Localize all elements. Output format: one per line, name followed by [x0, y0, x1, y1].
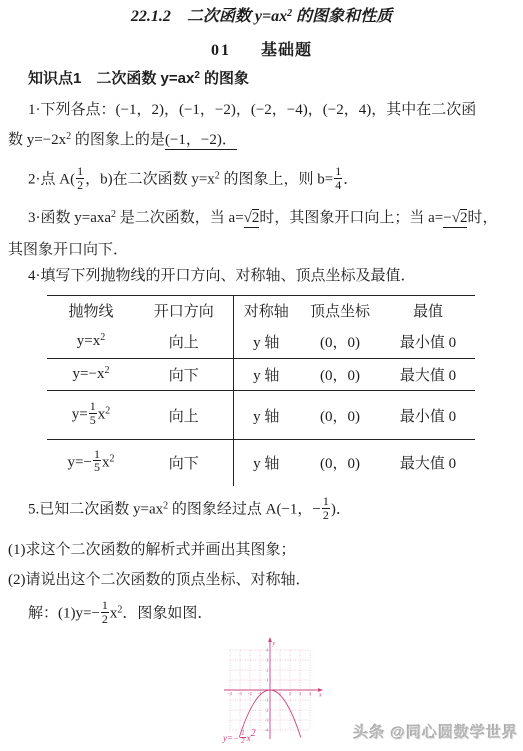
section-number: 01	[211, 42, 231, 59]
col-header-parabola: 抛物线	[47, 296, 135, 326]
problem-1-line-1: 1·下列各点：(−1，2)，(−1，−2)，(−2，−4)，(−2，4)，其中在…	[28, 100, 476, 120]
table-row: y=−15x2 向下 y 轴 (0，0) 最大值 0	[47, 440, 475, 486]
svg-text:4: 4	[309, 691, 312, 696]
section-label: 基础题	[261, 42, 312, 59]
table-cell: 最小值 0	[381, 391, 475, 440]
svg-text:4: 4	[266, 648, 269, 653]
table-row: y=x2 向上 y 轴 (0，0) 最小值 0	[47, 326, 475, 359]
curve-equation-label: y=−12x2	[223, 731, 256, 747]
svg-text:2: 2	[289, 691, 291, 696]
problem-5-sub-2: (2)请说出这个二次函数的顶点坐标、对称轴．	[8, 570, 311, 590]
table-cell: 向下	[135, 440, 233, 486]
problem-3-line-2: 其图象开口向下．	[8, 240, 128, 260]
problem-5: 5.已知二次函数 y=ax2 的图象经过点 A(−1，−12)．	[28, 497, 351, 523]
table-header-row: 抛物线 开口方向 对称轴 顶点坐标 最值	[47, 296, 475, 326]
worksheet-page: 22.1.2 二次函数 y=ax2 的图象和性质 01基础题 知识点1 二次函数…	[0, 0, 523, 751]
svg-text:-3: -3	[238, 691, 242, 696]
col-header-vertex: 顶点坐标	[299, 296, 381, 326]
parabola-properties-table: 抛物线 开口方向 对称轴 顶点坐标 最值 y=x2 向上 y 轴 (0，0) 最…	[47, 295, 475, 486]
svg-text:-1: -1	[265, 698, 269, 703]
table-cell: 最大值 0	[381, 359, 475, 391]
problem-3-line-1: 3·函数 y=axa2 是二次函数，当 a=√2时，其图象开口向上；当 a=−√…	[28, 208, 497, 228]
worksheet-title: 22.1.2 二次函数 y=ax2 的图象和性质	[0, 7, 523, 27]
table-cell: 最小值 0	[381, 326, 475, 359]
table-cell: y 轴	[233, 326, 299, 359]
col-header-extremum: 最值	[381, 296, 475, 326]
table-cell: (0，0)	[299, 359, 381, 391]
table-cell: y=−15x2	[47, 440, 135, 486]
col-header-opening: 开口方向	[135, 296, 233, 326]
table-cell: 向上	[135, 391, 233, 440]
table-row: y=15x2 向上 y 轴 (0，0) 最小值 0	[47, 391, 475, 440]
table-cell: y=15x2	[47, 391, 135, 440]
svg-text:3: 3	[299, 691, 302, 696]
svg-text:-3: -3	[265, 718, 269, 723]
svg-text:-2: -2	[248, 691, 252, 696]
table-cell: y 轴	[233, 359, 299, 391]
svg-text:-2: -2	[265, 708, 269, 713]
table-cell: (0，0)	[299, 391, 381, 440]
svg-text:-4: -4	[265, 728, 269, 733]
problem-1-line-2: 数 y=−2x2 的图象上的是(−1，−2)．	[8, 130, 237, 150]
table-cell: 向上	[135, 326, 233, 359]
table-row: y=−x2 向下 y 轴 (0，0) 最大值 0	[47, 359, 475, 391]
parabola-graph: -4-3-2-112344321-1-2-3-4yx	[221, 634, 327, 744]
table-cell: y=−x2	[47, 359, 135, 391]
svg-text:1: 1	[266, 678, 268, 683]
table-cell: 向下	[135, 359, 233, 391]
svg-text:3: 3	[266, 658, 269, 663]
table-cell: (0，0)	[299, 326, 381, 359]
problem-5-sub-1: (1)求这个二次函数的解析式并画出其图象；	[8, 540, 296, 560]
table-cell: y 轴	[233, 440, 299, 486]
svg-text:y: y	[272, 641, 276, 647]
problem-2: 2·点 A(12，b)在二次函数 y=x2 的图象上，则 b=14．	[28, 167, 358, 193]
table-cell: 最大值 0	[381, 440, 475, 486]
section-heading: 01基础题	[0, 41, 523, 61]
col-header-axis: 对称轴	[233, 296, 299, 326]
svg-text:-4: -4	[228, 691, 232, 696]
table-cell: y=x2	[47, 326, 135, 359]
problem-4: 4·填写下列抛物线的开口方向、对称轴、顶点坐标及最值．	[28, 266, 416, 286]
table-cell: y 轴	[233, 391, 299, 440]
svg-text:x: x	[318, 693, 322, 699]
solution-line: 解：(1)y=−12x2．图象如图．	[28, 601, 212, 627]
svg-text:2: 2	[266, 668, 268, 673]
knowledge-point-heading: 知识点1 二次函数 y=ax2 的图象	[28, 69, 249, 89]
watermark: 头条 @同心圆数学世界	[353, 721, 518, 742]
table-cell: (0，0)	[299, 440, 381, 486]
